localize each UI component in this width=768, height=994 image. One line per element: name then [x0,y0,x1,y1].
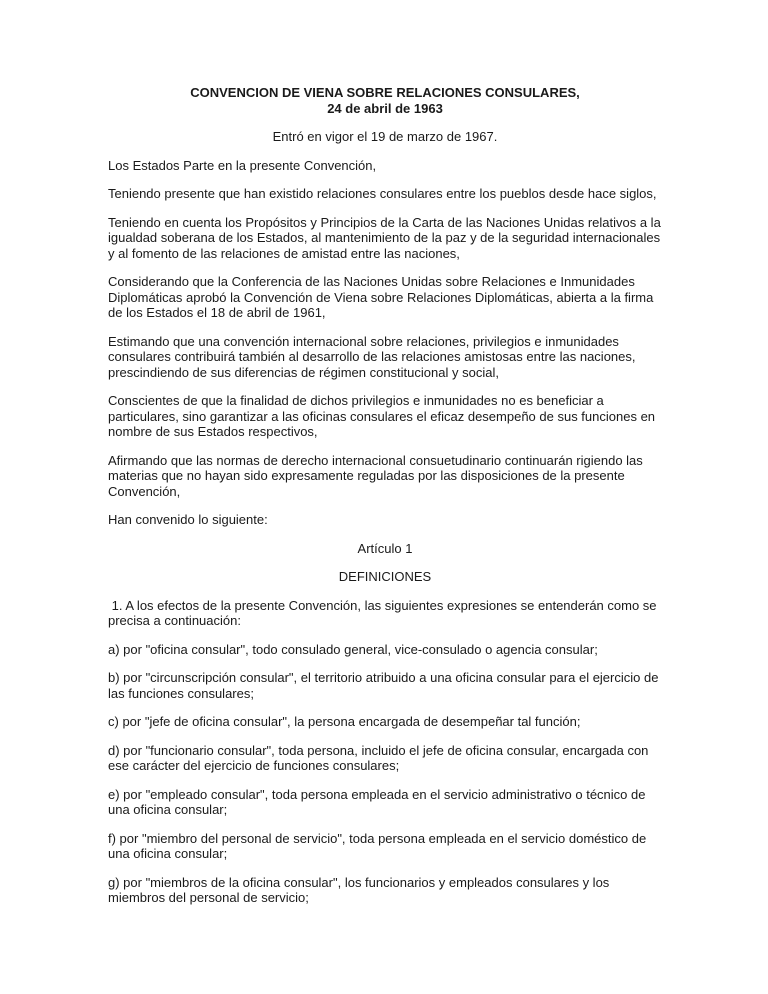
preamble-paragraph-afirmando: Afirmando que las normas de derecho inte… [108,453,662,500]
document-title-line2: 24 de abril de 1963 [327,101,443,116]
article-section-heading: DEFINICIONES [108,569,662,585]
definition-item-g: g) por "miembros de la oficina consular"… [108,875,662,906]
definition-item-c: c) por "jefe de oficina consular", la pe… [108,714,662,730]
definition-item-f: f) por "miembro del personal de servicio… [108,831,662,862]
preamble-paragraph-estimando: Estimando que una convención internacion… [108,334,662,381]
definition-item-b: b) por "circunscripción consular", el te… [108,670,662,701]
document-title-line1: CONVENCION DE VIENA SOBRE RELACIONES CON… [190,85,580,100]
preamble-paragraph-teniendo-en-cuenta: Teniendo en cuenta los Propósitos y Prin… [108,215,662,262]
preamble-paragraph-teniendo-presente: Teniendo presente que han existido relac… [108,186,662,202]
definition-item-a: a) por "oficina consular", todo consulad… [108,642,662,658]
definition-item-e: e) por "empleado consular", toda persona… [108,787,662,818]
article-number-heading: Artículo 1 [108,541,662,557]
preamble-paragraph-conscientes: Conscientes de que la finalidad de dicho… [108,393,662,440]
definition-item-d: d) por "funcionario consular", toda pers… [108,743,662,774]
document-title: CONVENCION DE VIENA SOBRE RELACIONES CON… [108,85,662,116]
preamble-paragraph-han-convenido: Han convenido lo siguiente: [108,512,662,528]
preamble-paragraph-considerando: Considerando que la Conferencia de las N… [108,274,662,321]
entry-into-force-line: Entró en vigor el 19 de marzo de 1967. [108,129,662,145]
document-page: CONVENCION DE VIENA SOBRE RELACIONES CON… [0,0,768,994]
article-intro-paragraph: 1. A los efectos de la presente Convenci… [108,598,662,629]
preamble-paragraph-parties: Los Estados Parte en la presente Convenc… [108,158,662,174]
